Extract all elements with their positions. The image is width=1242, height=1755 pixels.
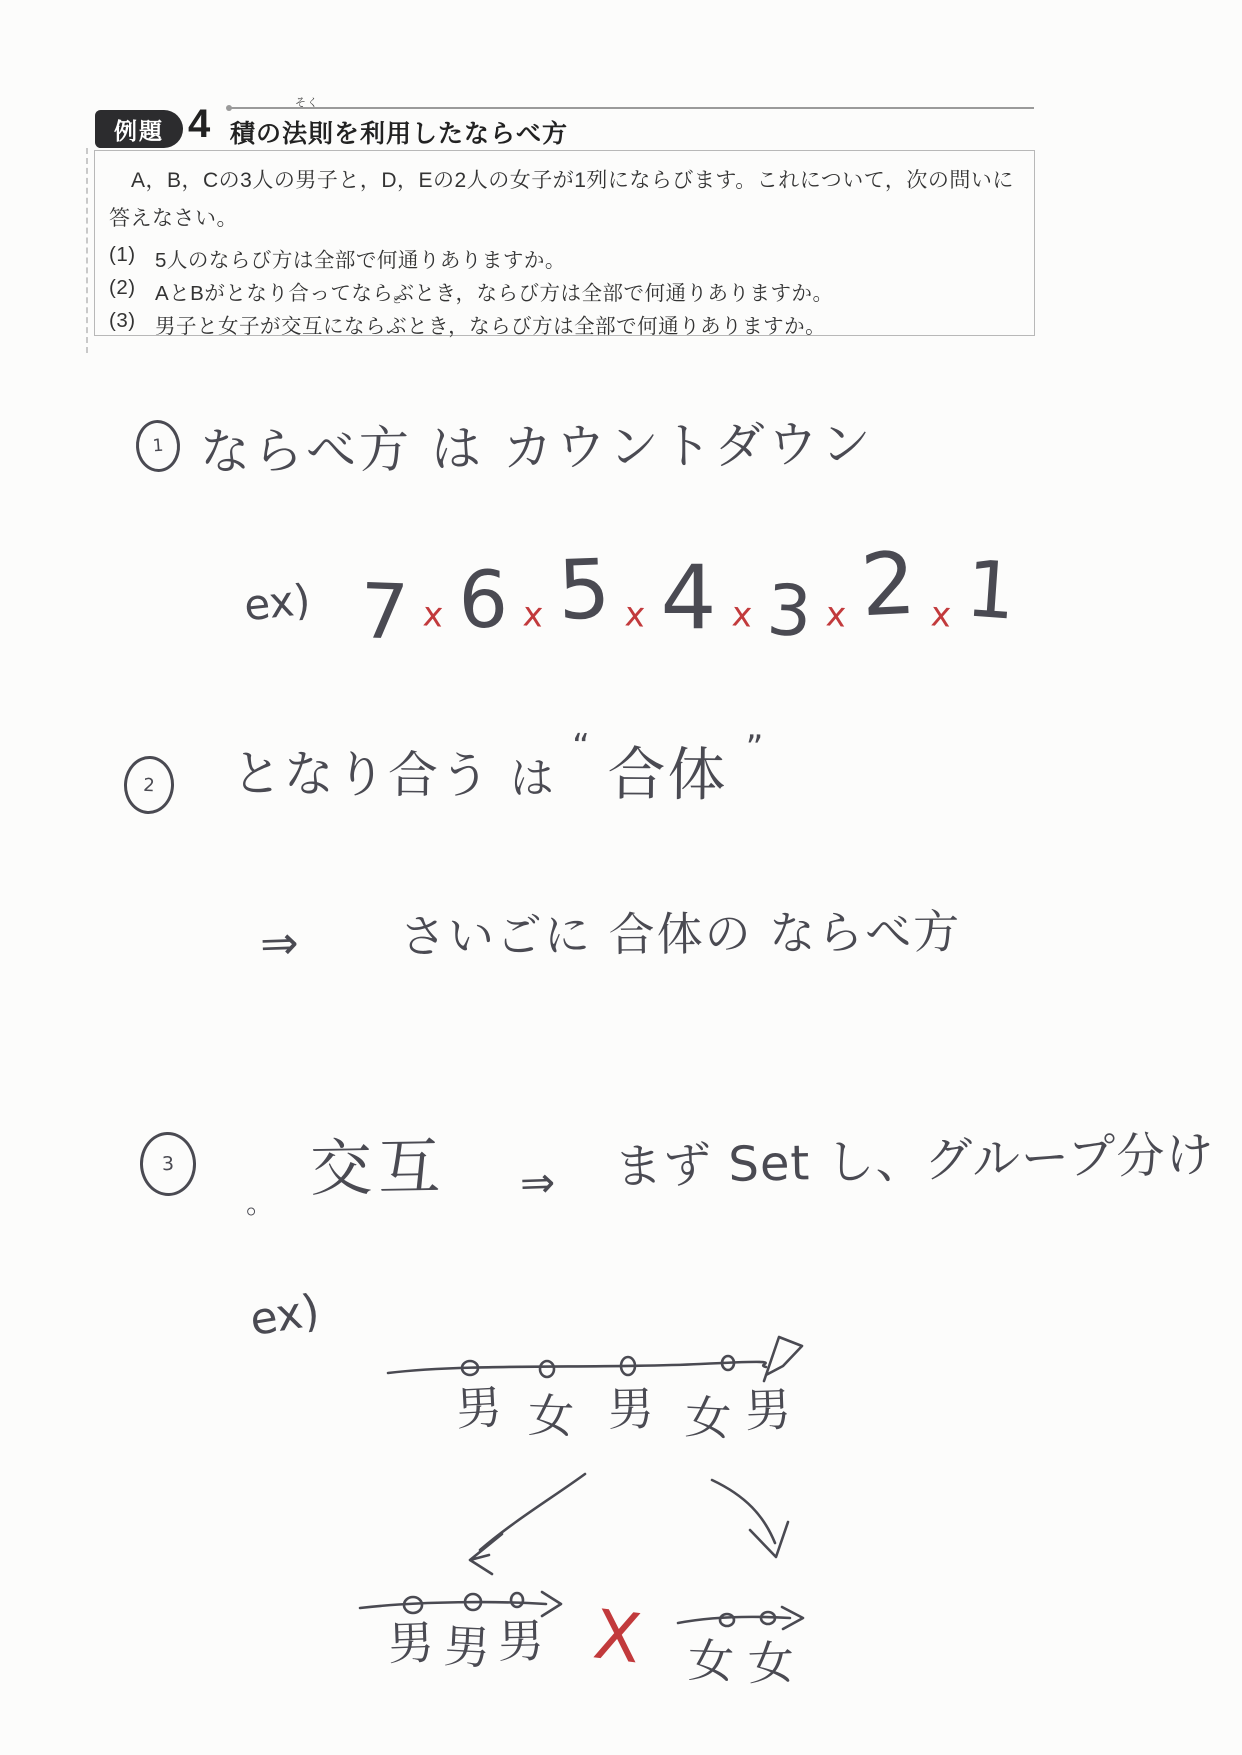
factorial-expression: 7 x 6 x 5 x 4 x 3 x 2 x 1 xyxy=(360,540,1016,628)
bullet-mark: 。 xyxy=(246,1182,274,1222)
ex2-label: ex) xyxy=(246,1285,323,1346)
problem-item-1: (1) 5人のならび方は全部で何通りありますか。 xyxy=(109,243,566,273)
digit-7: 7 xyxy=(359,573,410,651)
circled-number-3: 3 xyxy=(139,1131,197,1197)
scanned-textbook-page: 例題 4 積の法則を利用したならべ方 そく A，B，Cの3人の男子と，D，Eの2… xyxy=(0,0,1242,1755)
times-sign: x xyxy=(522,597,544,632)
problem-intro-line2: 答えなさい。 xyxy=(109,202,238,232)
times-sign: x xyxy=(624,597,646,632)
title-rule xyxy=(228,107,1034,109)
curved-arrow-left-head xyxy=(470,1534,502,1574)
item-text: AとBがとなり合ってならぶとき，ならび方は全部で何通りありますか。 xyxy=(155,276,834,306)
line2-text: となり合う xyxy=(232,745,510,805)
line2-quoted-word: 合体 xyxy=(607,740,728,809)
times-sign: x xyxy=(730,597,752,632)
times-sign: x xyxy=(825,597,847,632)
close-quote: ” xyxy=(745,728,763,768)
circled-number-2: 2 xyxy=(123,755,176,816)
end-flag xyxy=(764,1337,802,1381)
item-text: 5人のならび方は全部で何通りありますか。 xyxy=(155,243,566,273)
note3-keyword: 交互 xyxy=(309,1117,447,1208)
furigana-go: ご xyxy=(392,291,403,306)
note-line-3: まず Set し、グループ分け xyxy=(613,1116,1215,1198)
bead xyxy=(540,1361,554,1377)
example-badge: 例題 xyxy=(95,110,183,148)
girl-kanji: 女 xyxy=(687,1637,735,1685)
circled-number-1: 1 xyxy=(134,419,182,474)
digit-4: 4 xyxy=(661,554,717,642)
problem-intro-line1: A，B，Cの3人の男子と，D，Eの2人の女子が1列にならびます。これについて，次… xyxy=(131,164,1014,194)
girl-kanji: 女 xyxy=(527,1392,575,1440)
boy-kanji: 男 xyxy=(443,1623,491,1671)
girl-kanji: 女 xyxy=(684,1394,732,1442)
note-line-2: となり合う は “ 合体 ” xyxy=(232,724,764,813)
boy-kanji: 男 xyxy=(455,1384,503,1432)
implies-arrow-icon: ⇒ xyxy=(519,1157,556,1207)
item-text: 男子と女子が交互にならぶとき，ならび方は全部で何通りありますか。 xyxy=(155,309,826,339)
note-line-2b: さいごに 合体の ならべ方 xyxy=(400,896,962,967)
problem-item-3: (3) 男子と女子が交互にならぶとき，ならび方は全部で何通りありますか。 xyxy=(109,309,826,339)
bead xyxy=(511,1593,523,1607)
furigana-soku: そく xyxy=(295,94,319,110)
item-number: (2) xyxy=(109,276,145,306)
boy-kanji: 男 xyxy=(498,1618,545,1665)
boy-kanji: 男 xyxy=(387,1619,435,1667)
example-number: 4 xyxy=(188,102,210,147)
problem-item-2: (2) AとBがとなり合ってならぶとき，ならび方は全部で何通りありますか。 xyxy=(109,276,834,306)
open-quote: “ xyxy=(572,727,590,767)
page-title: 積の法則を利用したならべ方 xyxy=(230,114,568,150)
digit-5: 5 xyxy=(557,549,612,633)
curved-arrow-right-head xyxy=(750,1522,788,1557)
bead xyxy=(720,1614,734,1626)
perforation-edge xyxy=(86,148,88,353)
problem-box: A，B，Cの3人の男子と，D，Eの2人の女子が1列にならびます。これについて，次… xyxy=(94,150,1035,336)
ex1-label: ex) xyxy=(242,575,313,631)
boy-kanji: 男 xyxy=(608,1386,655,1433)
line2-particle: は xyxy=(510,753,572,805)
digit-1: 1 xyxy=(964,550,1019,631)
top-line xyxy=(388,1362,766,1373)
digit-3: 3 xyxy=(765,575,813,647)
digit-2: 2 xyxy=(859,541,918,630)
curved-arrow-right xyxy=(712,1480,775,1543)
times-sign: x xyxy=(422,597,444,632)
digit-6: 6 xyxy=(458,562,508,640)
implies-arrow-icon: ⇒ xyxy=(259,915,299,970)
item-number: (3) xyxy=(109,309,145,339)
item-number: (1) xyxy=(109,243,145,273)
times-sign: x xyxy=(930,597,952,632)
note-line-1: ならべ方 は カウントダウン xyxy=(200,404,875,484)
girl-kanji: 女 xyxy=(747,1639,795,1687)
boy-kanji: 男 xyxy=(744,1386,792,1434)
red-cross-mark: X xyxy=(589,1595,645,1679)
